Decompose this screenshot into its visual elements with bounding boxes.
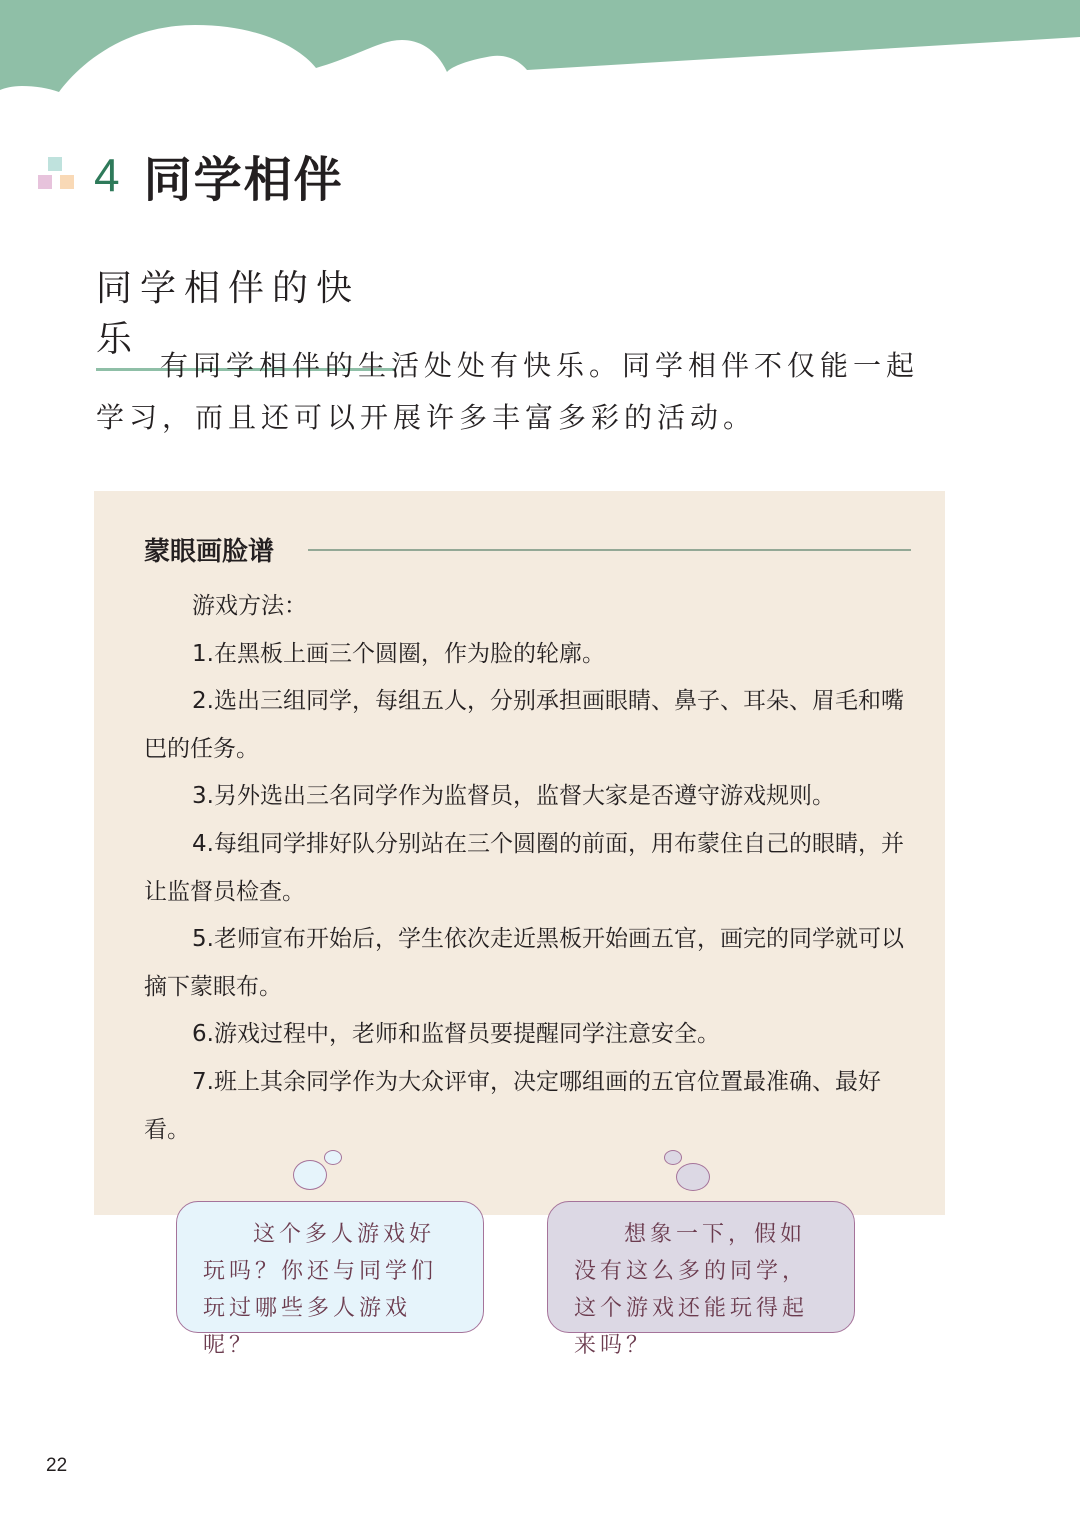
step-item: 1.在黑板上画三个圆圈，作为脸的轮廓。 <box>144 631 904 679</box>
chapter-heading: 4 同学相伴 <box>38 140 344 210</box>
thought-dot-large <box>293 1160 327 1190</box>
chapter-number: 4 <box>94 148 120 202</box>
chapter-title: 同学相伴 <box>144 141 344 210</box>
step-item: 6.游戏过程中，老师和监督员要提醒同学注意安全。 <box>144 1011 904 1059</box>
thought-bubble-left: 这个多人游戏好玩吗？你还与同学们玩过哪些多人游戏呢？ <box>176 1201 484 1333</box>
square-icon <box>60 175 74 189</box>
divider <box>308 549 911 551</box>
square-icon <box>48 157 62 171</box>
thought-dot-large <box>676 1163 710 1191</box>
step-item: 2.选出三组同学，每组五人，分别承担画眼睛、鼻子、耳朵、眉毛和嘴巴的任务。 <box>144 678 904 773</box>
step-item: 3.另外选出三名同学作为监督员，监督大家是否遵守游戏规则。 <box>144 773 904 821</box>
thought-dot-small <box>324 1150 342 1165</box>
header-cloud-banner <box>0 0 1080 120</box>
header-shape <box>0 0 1080 92</box>
square-icon <box>38 175 52 189</box>
activity-instructions: 游戏方法： 1.在黑板上画三个圆圈，作为脸的轮廓。 2.选出三组同学，每组五人，… <box>144 583 904 1154</box>
activity-title: 蒙眼画脸谱 <box>144 531 274 568</box>
step-item: 5.老师宣布开始后，学生依次走近黑板开始画五官，画完的同学就可以摘下蒙眼布。 <box>144 916 904 1011</box>
step-item: 7.班上其余同学作为大众评审，决定哪组画的五官位置最准确、最好看。 <box>144 1059 904 1154</box>
thought-dot-small <box>664 1150 682 1165</box>
method-label: 游戏方法： <box>144 583 904 631</box>
intro-paragraph: 有同学相伴的生活处处有快乐。同学相伴不仅能一起学习，而且还可以开展许多丰富多彩的… <box>96 340 946 444</box>
activity-box: 蒙眼画脸谱 游戏方法： 1.在黑板上画三个圆圈，作为脸的轮廓。 2.选出三组同学… <box>94 491 945 1215</box>
chapter-squares-icon <box>38 157 80 193</box>
thought-bubble-right: 想象一下，假如没有这么多的同学，这个游戏还能玩得起来吗？ <box>547 1201 855 1333</box>
activity-header: 蒙眼画脸谱 <box>144 531 911 568</box>
step-item: 4.每组同学排好队分别站在三个圆圈的前面，用布蒙住自己的眼睛，并让监督员检查。 <box>144 821 904 916</box>
page-number: 22 <box>46 1455 67 1477</box>
